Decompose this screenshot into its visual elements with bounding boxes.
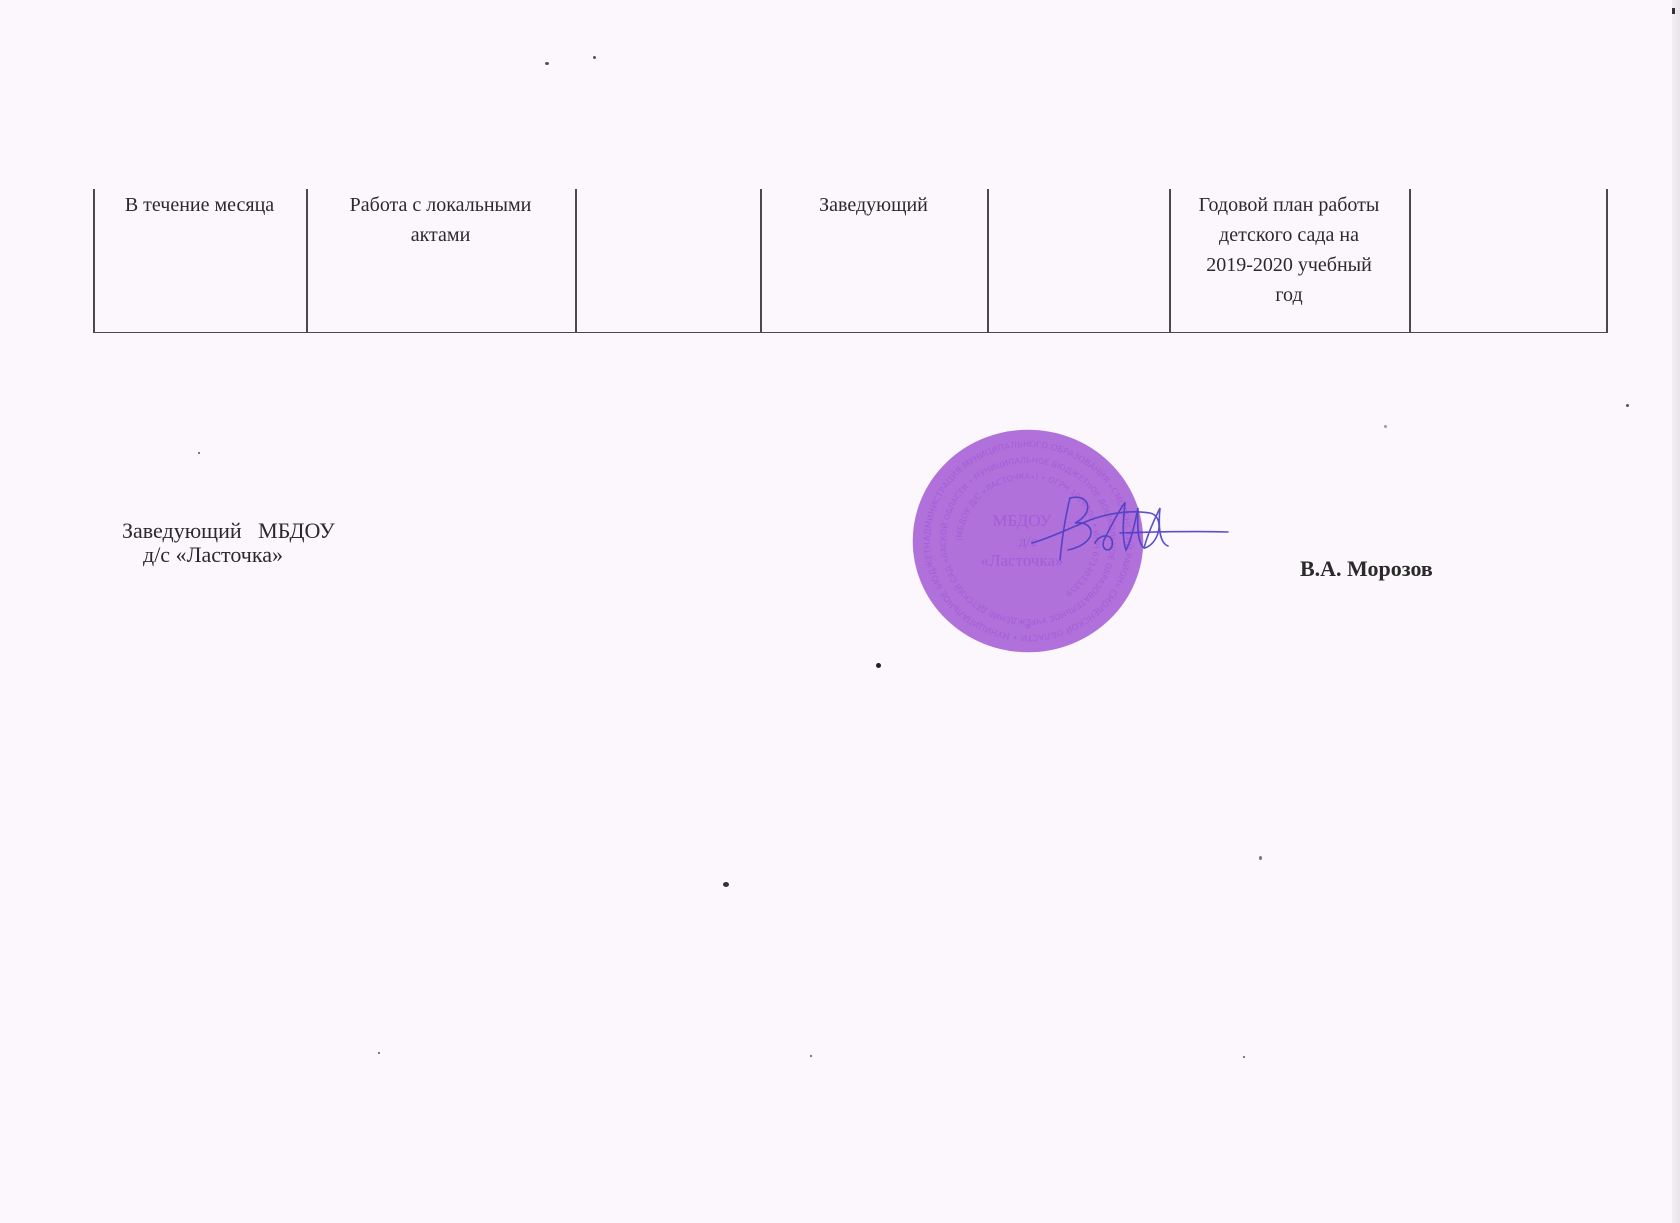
scan-speck bbox=[1626, 404, 1629, 407]
scan-speck bbox=[1243, 1056, 1245, 1058]
document-line: детского сада на bbox=[1169, 220, 1409, 250]
handwritten-signature bbox=[1030, 488, 1230, 568]
table-border-right bbox=[1606, 189, 1608, 333]
scan-mark bbox=[1672, 8, 1675, 14]
page-edge bbox=[1672, 0, 1680, 1223]
scan-speck bbox=[876, 663, 881, 668]
cell-empty-7 bbox=[1409, 189, 1606, 332]
scan-speck bbox=[1259, 856, 1262, 860]
period-text: В течение месяца bbox=[93, 190, 306, 220]
responsible-text: Заведующий bbox=[760, 190, 987, 220]
stamp-star: * bbox=[1025, 622, 1032, 637]
signatory-name: В.А. Морозов bbox=[1300, 556, 1433, 582]
cell-responsible: Заведующий bbox=[760, 189, 987, 332]
position-line-1: Заведующий МБДОУ bbox=[122, 519, 335, 543]
signatory-position: Заведующий МБДОУ д/с «Ласточка» bbox=[122, 519, 335, 567]
cell-empty-5 bbox=[987, 189, 1169, 332]
plan-table: В течение месяца Работа с локальными акт… bbox=[93, 189, 1607, 333]
cell-period: В течение месяца bbox=[93, 189, 306, 332]
document-line: год bbox=[1169, 280, 1409, 310]
scan-speck bbox=[545, 62, 549, 65]
document-line: Годовой план работы bbox=[1169, 190, 1409, 220]
position-line-2: д/с «Ласточка» bbox=[122, 543, 335, 567]
scan-speck bbox=[723, 882, 729, 887]
scan-speck bbox=[810, 1055, 812, 1057]
activity-text: Работа с локальными актами bbox=[346, 190, 536, 250]
cell-empty-3 bbox=[575, 189, 760, 332]
scan-speck bbox=[378, 1052, 380, 1054]
scan-speck bbox=[198, 452, 200, 454]
document-line: 2019-2020 учебный bbox=[1169, 250, 1409, 280]
cell-activity: Работа с локальными актами bbox=[306, 189, 575, 332]
cell-document: Годовой план работы детского сада на 201… bbox=[1169, 189, 1409, 332]
scan-speck bbox=[593, 56, 596, 59]
scan-speck bbox=[1384, 425, 1387, 428]
